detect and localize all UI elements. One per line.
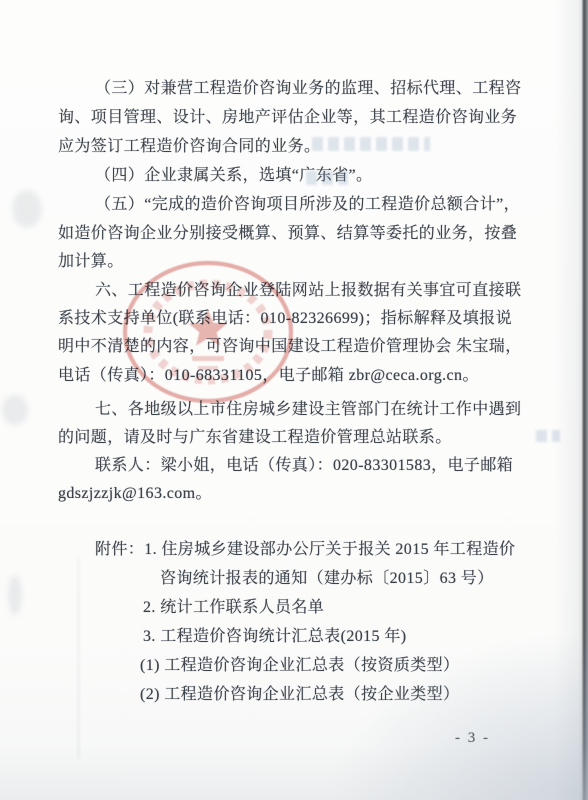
scan-streak [77, 558, 80, 758]
scanned-document-page: （三）对兼营工程造价咨询业务的监理、招标代理、工程咨 询、项目管理、设计、房地产… [0, 0, 588, 800]
attachment-line: 2. 统计工作联系人员名单 [143, 600, 324, 616]
official-red-seal-icon [118, 256, 298, 408]
doc-line: 的问题，请及时与广东省建设工程造价管理总站联系。 [58, 430, 452, 446]
doc-line: （五）“完成的造价咨询项目所涉及的工程造价总额合计”， [95, 197, 520, 213]
attachment-line: 咨询统计报表的通知（建办标〔2015〕63 号） [160, 571, 494, 587]
doc-line: 应为签订工程造价咨询合同的业务。 [58, 139, 320, 155]
scan-smudge [2, 395, 28, 425]
doc-line: 联系人：梁小姐，电话（传真）：020-83301583，电子邮箱 [95, 458, 513, 474]
doc-line: 加计算。 [58, 254, 124, 270]
ink-bleed-artifact [312, 137, 430, 151]
doc-line: 询、项目管理、设计、房地产评估企业等，其工程造价咨询业务 [58, 110, 517, 126]
doc-line: 如造价咨询企业分别接受概算、预算、结算等委托的业务，按叠 [58, 226, 517, 242]
attachment-heading-line: 附件：1. 住房城乡建设部办公厅关于报关 2015 年工程造价 [95, 542, 515, 558]
scan-smudge [8, 575, 22, 615]
bottom-shadow [0, 745, 588, 800]
doc-line: （三）对兼营工程造价咨询业务的监理、招标代理、工程咨 [95, 81, 521, 97]
ink-bleed-artifact [306, 171, 348, 185]
seal-star-icon [189, 310, 227, 346]
scan-smudge [12, 190, 42, 228]
doc-line: gdszjzzjk@163.com。 [58, 486, 212, 502]
